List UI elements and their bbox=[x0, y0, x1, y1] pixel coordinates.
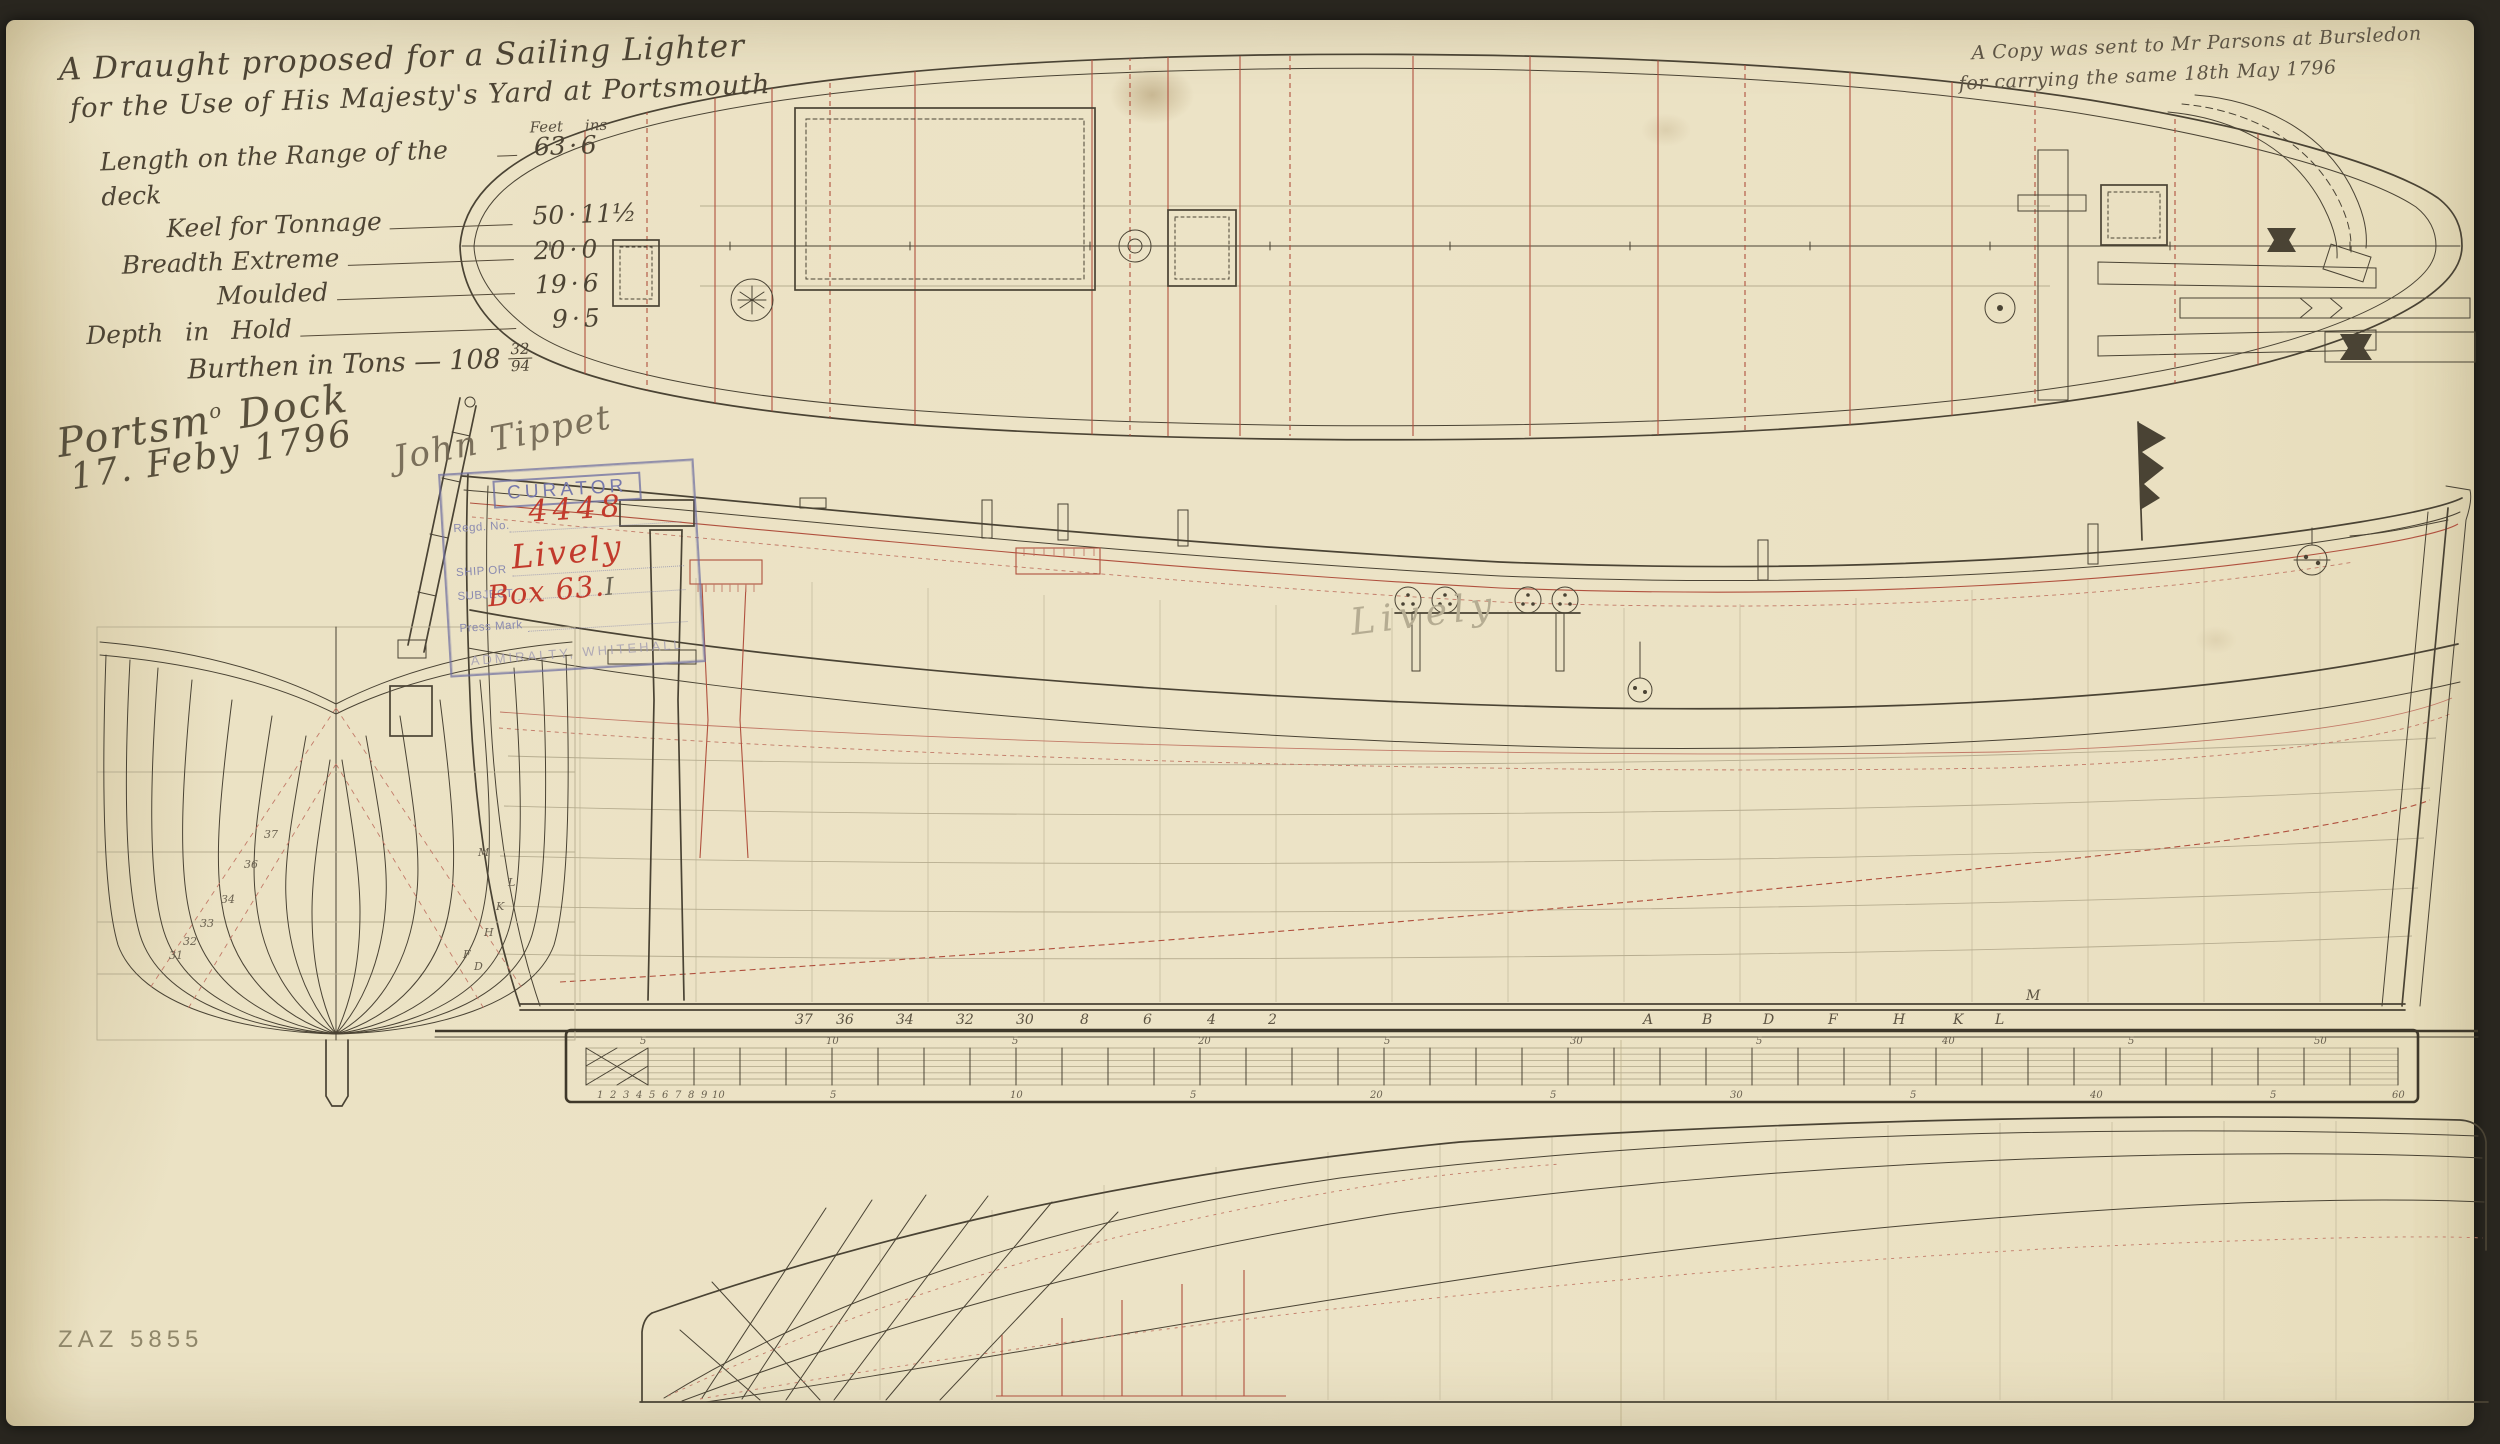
svg-text:5: 5 bbox=[1190, 1090, 1196, 1101]
svg-text:30: 30 bbox=[1570, 1036, 1583, 1047]
curator-stamp: CURATOR Regd. No. SHIP OR SUBJECT Press … bbox=[438, 458, 706, 677]
svg-text:D: D bbox=[473, 960, 483, 973]
dim-sep: · bbox=[565, 232, 582, 267]
leader-line bbox=[300, 328, 516, 337]
svg-text:60: 60 bbox=[2392, 1090, 2405, 1101]
svg-text:4: 4 bbox=[635, 1090, 642, 1101]
svg-text:37: 37 bbox=[795, 1012, 813, 1028]
stamp-field-regd: Regd. No. bbox=[453, 520, 510, 535]
svg-text:2: 2 bbox=[1267, 1012, 1277, 1028]
svg-text:6: 6 bbox=[1143, 1012, 1152, 1028]
dim-inches: 6 bbox=[580, 127, 622, 163]
svg-text:5: 5 bbox=[830, 1090, 836, 1101]
svg-text:F: F bbox=[462, 948, 471, 961]
svg-text:32: 32 bbox=[183, 935, 197, 948]
svg-text:1: 1 bbox=[597, 1090, 603, 1101]
svg-text:3: 3 bbox=[623, 1090, 629, 1101]
dim-feet: 9 bbox=[523, 302, 568, 338]
dim-inches: 0 bbox=[581, 231, 626, 267]
svg-text:K: K bbox=[495, 900, 505, 913]
stamp-regd-number: 4448 bbox=[527, 489, 625, 530]
body-plan-view: 37 36 34 33 32 31 M L K H F D bbox=[97, 627, 575, 1106]
svg-text:D: D bbox=[1762, 1012, 1774, 1028]
svg-text:A: A bbox=[1641, 1012, 1653, 1028]
dim-inches: 5 bbox=[583, 300, 628, 336]
svg-text:5: 5 bbox=[1910, 1090, 1916, 1101]
leader-line bbox=[348, 259, 514, 266]
dim-sep: · bbox=[565, 129, 581, 164]
svg-text:50: 50 bbox=[2314, 1036, 2327, 1047]
svg-text:H: H bbox=[1892, 1012, 1906, 1028]
half-breadth-plan-view bbox=[640, 1117, 2488, 1402]
sheer-plan-view: 37 36 34 32 30 8 6 4 2 A B D F H K L M bbox=[398, 397, 2478, 1037]
dim-sep: · bbox=[566, 267, 583, 302]
dim-label: Length on the Range of the deck bbox=[100, 132, 491, 215]
svg-text:5: 5 bbox=[2270, 1090, 2276, 1101]
svg-text:H: H bbox=[483, 926, 494, 939]
svg-text:2: 2 bbox=[609, 1090, 616, 1101]
svg-text:30: 30 bbox=[1730, 1090, 1743, 1101]
scanned-draught: 37 36 34 32 30 8 6 4 2 A B D F H K L M bbox=[0, 0, 2500, 1444]
svg-text:6: 6 bbox=[662, 1090, 669, 1101]
svg-text:M: M bbox=[477, 846, 490, 859]
svg-text:B: B bbox=[1701, 1012, 1712, 1028]
burthen-tons: 108 bbox=[449, 343, 502, 376]
dim-feet: 63 bbox=[524, 129, 566, 165]
svg-text:34: 34 bbox=[221, 893, 235, 906]
leader-line bbox=[337, 293, 515, 300]
dim-feet: 19 bbox=[522, 267, 567, 303]
dim-sep: · bbox=[567, 301, 584, 336]
svg-text:5: 5 bbox=[640, 1036, 646, 1047]
svg-text:5: 5 bbox=[2128, 1036, 2134, 1047]
svg-text:8: 8 bbox=[1080, 1012, 1089, 1028]
svg-text:20: 20 bbox=[1197, 1036, 1211, 1047]
svg-text:20: 20 bbox=[1369, 1090, 1383, 1101]
svg-text:F: F bbox=[1827, 1012, 1839, 1028]
svg-text:10: 10 bbox=[826, 1036, 839, 1047]
svg-text:5: 5 bbox=[1756, 1036, 1762, 1047]
dim-feet: 20 bbox=[521, 233, 566, 269]
dim-feet: 50 bbox=[520, 198, 565, 234]
svg-text:8: 8 bbox=[688, 1090, 694, 1101]
svg-text:36: 36 bbox=[244, 858, 258, 871]
svg-text:40: 40 bbox=[2089, 1090, 2103, 1101]
svg-text:9: 9 bbox=[701, 1090, 708, 1101]
dim-label: Moulded bbox=[216, 276, 329, 314]
svg-text:5: 5 bbox=[649, 1090, 655, 1101]
svg-text:5: 5 bbox=[1012, 1036, 1018, 1047]
svg-text:5: 5 bbox=[1384, 1036, 1390, 1047]
stamp-field-ship: SHIP OR bbox=[456, 564, 507, 579]
dim-inches: 6 bbox=[582, 265, 627, 301]
title-block: A Draught proposed for a Sailing Lighter… bbox=[58, 32, 629, 390]
svg-text:L: L bbox=[1994, 1012, 2004, 1028]
deck-plan-view bbox=[460, 54, 2475, 439]
svg-text:L: L bbox=[507, 876, 515, 889]
stamp-field-press: Press Mark bbox=[459, 619, 523, 635]
svg-text:30: 30 bbox=[1016, 1012, 1034, 1028]
svg-text:10: 10 bbox=[1010, 1090, 1023, 1101]
svg-text:10: 10 bbox=[712, 1090, 725, 1101]
svg-text:5: 5 bbox=[1550, 1090, 1556, 1101]
svg-text:7: 7 bbox=[675, 1090, 682, 1101]
svg-text:31: 31 bbox=[169, 949, 183, 962]
dim-inches: 11½ bbox=[580, 196, 625, 232]
stamp-rule bbox=[528, 621, 688, 632]
fraction-denominator: 94 bbox=[509, 358, 533, 375]
scale-bar: 5 10 5 20 5 30 5 40 5 50 1 2 3 4 5 6 7 8… bbox=[566, 1030, 2418, 1102]
scale-bar-labels: 5 10 5 20 5 30 5 40 5 50 1 2 3 4 5 6 7 8… bbox=[597, 1036, 2405, 1101]
svg-text:K: K bbox=[1952, 1012, 1965, 1028]
svg-text:40: 40 bbox=[1941, 1036, 1955, 1047]
svg-text:M: M bbox=[2025, 988, 2041, 1004]
svg-text:33: 33 bbox=[200, 917, 214, 930]
leader-line bbox=[390, 224, 513, 229]
svg-text:34: 34 bbox=[896, 1012, 914, 1028]
svg-text:36: 36 bbox=[836, 1012, 854, 1028]
burthen-fraction: 32 94 bbox=[508, 342, 532, 375]
dim-sep: · bbox=[564, 198, 581, 233]
sheer-station-labels: 37 36 34 32 30 8 6 4 2 A B D F H K L M bbox=[795, 988, 2041, 1028]
leader-line bbox=[497, 155, 517, 157]
dim-label: Depth in Hold bbox=[86, 311, 293, 353]
svg-text:37: 37 bbox=[264, 828, 278, 841]
catalog-number: ZAZ 5855 bbox=[58, 1326, 203, 1354]
svg-text:32: 32 bbox=[956, 1012, 974, 1028]
svg-text:4: 4 bbox=[1206, 1012, 1216, 1028]
